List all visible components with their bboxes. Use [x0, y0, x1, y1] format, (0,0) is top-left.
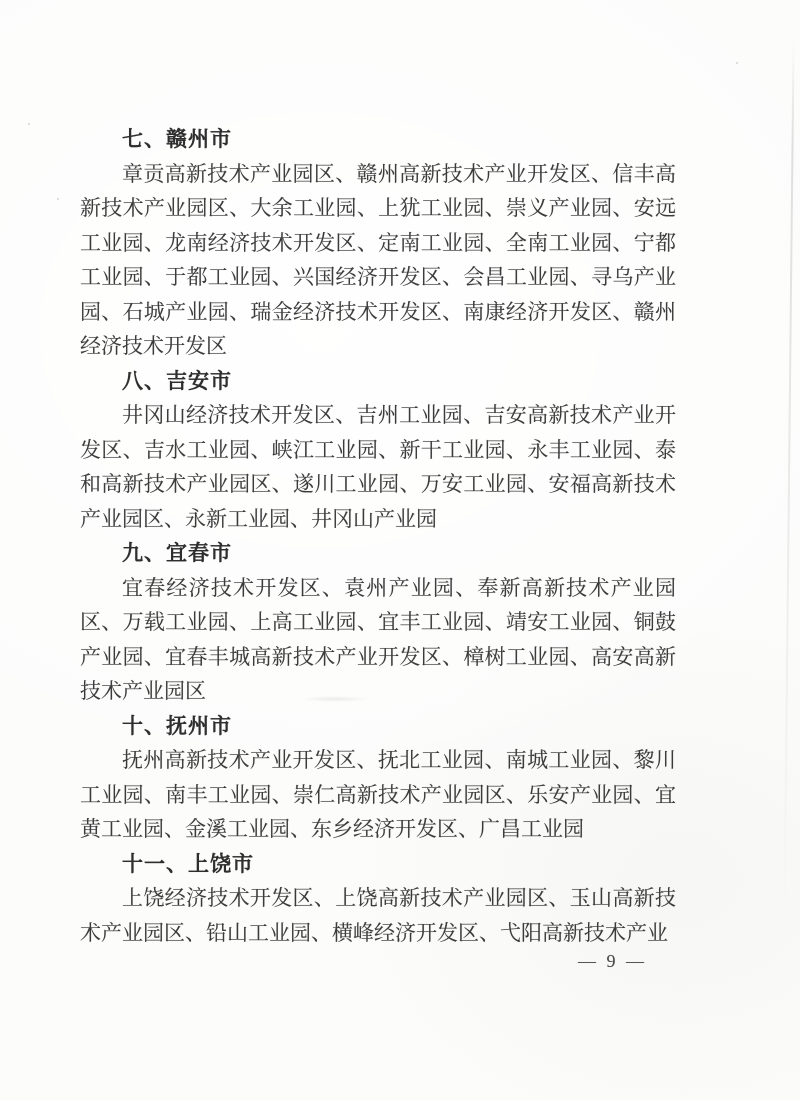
page-number: — 9 —	[578, 951, 647, 972]
scan-speckle	[28, 123, 30, 125]
section-paragraph: 上饶经济技术开发区、上饶高新技术产业园区、玉山高新技术产业园区、铅山工业园、横峰…	[80, 881, 676, 950]
section-shangrao: 十一、上饶市 上饶经济技术开发区、上饶高新技术产业园区、玉山高新技术产业园区、铅…	[80, 847, 676, 951]
section-fuzhou: 十、抚州市 抚州高新技术产业开发区、抚北工业园、南城工业园、黎川工业园、南丰工业…	[80, 709, 676, 847]
section-paragraph: 章贡高新技术产业园区、赣州高新技术产业开发区、信丰高新技术产业园区、大余工业园、…	[80, 157, 676, 364]
section-heading: 十、抚州市	[80, 709, 676, 744]
section-paragraph: 宜春经济技术开发区、袁州产业园、奉新高新技术产业园区、万载工业园、上高工业园、宜…	[80, 571, 676, 709]
scan-speckle	[736, 62, 738, 64]
section-yichun: 九、宜春市 宜春经济技术开发区、袁州产业园、奉新高新技术产业园区、万载工业园、上…	[80, 536, 676, 709]
scanned-document-page: 七、赣州市 章贡高新技术产业园区、赣州高新技术产业开发区、信丰高新技术产业园区、…	[0, 0, 800, 1100]
section-heading: 九、宜春市	[80, 536, 676, 571]
section-paragraph: 井冈山经济技术开发区、吉州工业园、吉安高新技术产业开发区、吉水工业园、峡江工业园…	[80, 398, 676, 536]
section-paragraph: 抚州高新技术产业开发区、抚北工业园、南城工业园、黎川工业园、南丰工业园、崇仁高新…	[80, 743, 676, 847]
section-ganzhou: 七、赣州市 章贡高新技术产业园区、赣州高新技术产业开发区、信丰高新技术产业园区、…	[80, 122, 676, 364]
section-heading: 八、吉安市	[80, 364, 676, 399]
scan-fold-artifact	[783, 40, 794, 920]
document-body: 七、赣州市 章贡高新技术产业园区、赣州高新技术产业开发区、信丰高新技术产业园区、…	[80, 122, 676, 950]
scan-speckle	[57, 198, 59, 200]
section-heading: 十一、上饶市	[80, 847, 676, 882]
section-heading: 七、赣州市	[80, 122, 676, 157]
section-jian: 八、吉安市 井冈山经济技术开发区、吉州工业园、吉安高新技术产业开发区、吉水工业园…	[80, 364, 676, 537]
